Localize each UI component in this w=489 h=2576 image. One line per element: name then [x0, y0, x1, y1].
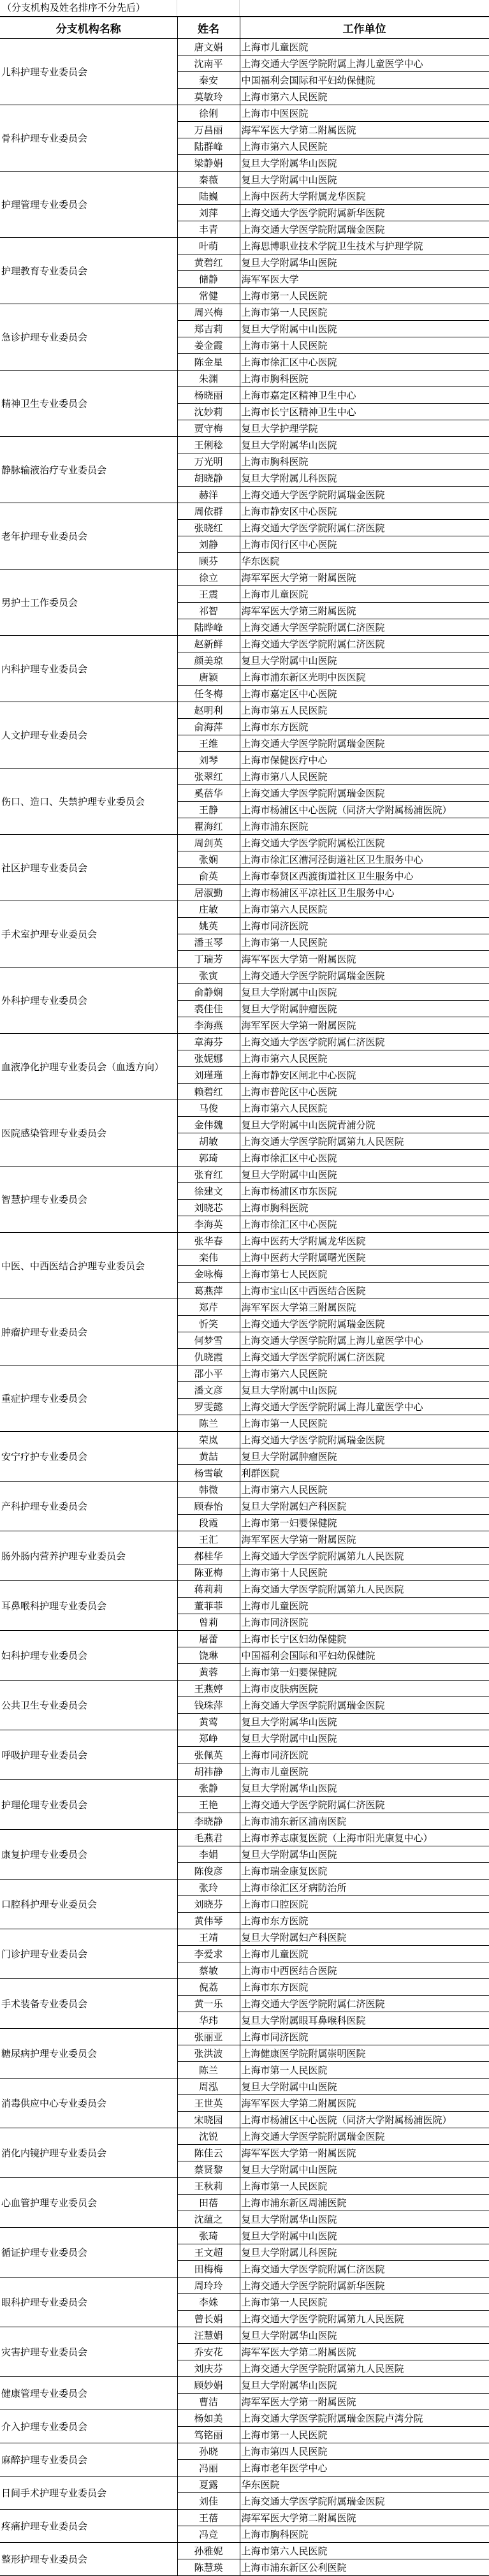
table-row: 急诊护理专业委员会周兴梅上海市第一人民医院 [0, 304, 489, 321]
work-unit: 复旦大学附属眼耳鼻喉科医院 [240, 2012, 489, 2029]
work-unit: 上海市同济医院 [240, 1614, 489, 1631]
member-name: 丁瑞芳 [177, 951, 240, 968]
member-name: 秦安 [177, 72, 240, 89]
member-name: 黄一乐 [177, 1996, 240, 2012]
table-row: 护理教育专业委员会叶萌上海思博职业技术学院卫生技术与护理学院 [0, 238, 489, 254]
work-unit: 复旦大学附属华山医院 [240, 2327, 489, 2344]
member-name: 周玲玲 [177, 2278, 240, 2294]
member-name: 乔安花 [177, 2344, 240, 2360]
work-unit: 上海市第一人民医院 [240, 304, 489, 321]
work-unit: 上海交通大学医学院附属仁济医院 [240, 2261, 489, 2278]
member-name: 刘瑾瑾 [177, 1067, 240, 1084]
table-row: 护理伦理专业委员会张静复旦大学附属华山医院 [0, 1780, 489, 1797]
member-name: 张洪波 [177, 2045, 240, 2062]
member-name: 梁静娟 [177, 155, 240, 172]
work-unit: 复旦大学附属中山医院 [240, 652, 489, 669]
work-unit: 上海市杨浦区中心医院（同济大学附属杨浦医院） [240, 802, 489, 818]
work-unit: 复旦大学附属华山医院 [240, 2211, 489, 2228]
work-unit: 上海交通大学医学院附属瑞金医院卢湾分院 [240, 2410, 489, 2427]
work-unit: 复旦大学护理学院 [240, 420, 489, 437]
committee-name: 手术室护理专业委员会 [0, 901, 177, 968]
member-name: 沈蕴之 [177, 2211, 240, 2228]
work-unit: 上海交通大学医学院附属仁济医院 [240, 1349, 489, 1365]
table-row: 医院感染管理专业委员会马俊上海市第六人民医院 [0, 1100, 489, 1117]
member-name: 华玮 [177, 2012, 240, 2029]
member-name: 郭琦 [177, 1150, 240, 1167]
work-unit: 中国福利会国际和平妇幼保健院 [240, 72, 489, 89]
member-name: 宋晓园 [177, 2112, 240, 2128]
member-name: 顾春怡 [177, 1498, 240, 1515]
work-unit: 上海市胸科医院 [240, 2526, 489, 2543]
member-name: 杨晓丽 [177, 387, 240, 404]
table-row: 整形护理专业委员会孙雅妮上海市第六人民医院 [0, 2543, 489, 2559]
member-name: 刘静 [177, 536, 240, 553]
table-row: 消毒供应中心专业委员会周泓复旦大学附属中山医院 [0, 2079, 489, 2095]
member-name: 周泓 [177, 2079, 240, 2095]
work-unit: 上海市儿童医院 [240, 1946, 489, 1962]
table-row: 日间手术护理专业委员会夏露华东医院 [0, 2477, 489, 2493]
member-name: 周剑英 [177, 835, 240, 851]
table-row: 手术室护理专业委员会庄敏上海市第六人民医院 [0, 901, 489, 918]
member-name: 张翠红 [177, 769, 240, 785]
member-name: 李娟 [177, 1846, 240, 1863]
committee-name: 人文护理专业委员会 [0, 702, 177, 769]
work-unit: 上海市长宁区妇幼保健院 [240, 1631, 489, 1647]
committee-name: 疼痛护理专业委员会 [0, 2510, 177, 2543]
work-unit: 上海市老年医学中心 [240, 2460, 489, 2477]
work-unit: 海军军医大学第一附属医院 [240, 1017, 489, 1034]
work-unit: 上海市静安区闸北中心医院 [240, 1067, 489, 1084]
table-row: 口腔科护理专业委员会张玲上海市徐汇区牙病防治所 [0, 1880, 489, 1896]
work-unit: 上海市杨浦区市东医院 [240, 1183, 489, 1200]
committee-name: 肿瘤护理专业委员会 [0, 1299, 177, 1365]
work-unit: 中国福利会国际和平妇幼保健院 [240, 1647, 489, 1664]
member-name: 陆群峰 [177, 138, 240, 155]
work-unit: 上海交通大学医学院附属瑞金医院 [240, 735, 489, 752]
work-unit: 上海市宝山区中西医结合医院 [240, 1283, 489, 1299]
committee-name: 循证护理专业委员会 [0, 2228, 177, 2278]
member-name: 韩微 [177, 1482, 240, 1498]
committee-name: 耳鼻喉科护理专业委员会 [0, 1581, 177, 1631]
header-row: 分支机构名称 姓名 工作单位 [0, 17, 489, 39]
work-unit: 上海市东方医院 [240, 1979, 489, 1996]
work-unit: 复旦大学附属中山医院青浦分院 [240, 1117, 489, 1133]
committee-name: 产科护理专业委员会 [0, 1482, 177, 1531]
work-unit: 上海中医药大学附属龙华医院 [240, 188, 489, 205]
work-unit: 上海市长宁区精神卫生中心 [240, 404, 489, 420]
work-unit: 上海市浦东新区光明中医医院 [240, 669, 489, 686]
committee-name: 妇科护理专业委员会 [0, 1631, 177, 1681]
committee-name: 灾害护理专业委员会 [0, 2327, 177, 2377]
member-name: 常健 [177, 288, 240, 304]
work-unit: 上海市东方医院 [240, 1913, 489, 1929]
work-unit: 上海市第十人民医院 [240, 337, 489, 354]
work-unit: 上海市东方医院 [240, 719, 489, 735]
work-unit: 上海市第一人民医院 [240, 934, 489, 951]
work-unit: 上海交通大学医学院附属瑞金医院 [240, 1697, 489, 1714]
member-name: 王汇 [177, 1531, 240, 1548]
member-name: 郝桂华 [177, 1548, 240, 1564]
member-name: 蔡贤黎 [177, 2161, 240, 2178]
work-unit: 上海市第六人民医院 [240, 1365, 489, 1382]
member-name: 居淑勤 [177, 885, 240, 901]
member-name: 王蓓 [177, 2510, 240, 2526]
member-name: 黄伟琴 [177, 1913, 240, 1929]
member-name: 何梦雪 [177, 1332, 240, 1349]
member-name: 俞海萍 [177, 719, 240, 735]
work-unit: 上海交通大学医学院附属瑞金医院 [240, 1432, 489, 1448]
table-row: 呼吸护理专业委员会郑峥复旦大学附属中山医院 [0, 1730, 489, 1747]
member-name: 徐俐 [177, 105, 240, 122]
member-name: 忻笑 [177, 1316, 240, 1332]
committee-name: 糖尿病护理专业委员会 [0, 2029, 177, 2079]
member-name: 屠蕾 [177, 1631, 240, 1647]
member-name: 胡敏 [177, 1133, 240, 1150]
work-unit: 上海市第一妇婴保健院 [240, 1515, 489, 1531]
member-name: 张玲 [177, 1880, 240, 1896]
member-name: 金伟魏 [177, 1117, 240, 1133]
header-org: 分支机构名称 [0, 17, 177, 39]
member-name: 刘琴 [177, 752, 240, 769]
committee-name: 中医、中西医结合护理专业委员会 [0, 1233, 177, 1299]
work-unit: 复旦大学附属妇产科医院 [240, 1929, 489, 1946]
work-unit: 上海市第一人民医院 [240, 2178, 489, 2195]
work-unit: 上海市浦东新区周浦医院 [240, 2195, 489, 2211]
work-unit: 上海市儿童医院 [240, 39, 489, 55]
work-unit: 上海交通大学医学院附属第九人民医院 [240, 2311, 489, 2327]
work-unit: 上海市嘉定区精神卫生中心 [240, 387, 489, 404]
table-row: 男护士工作委员会徐立海军军医大学第一附属医院 [0, 570, 489, 586]
table-row: 消化内镜护理专业委员会沈锐上海交通大学医学院附属瑞金医院 [0, 2128, 489, 2145]
work-unit: 上海市第六人民医院 [240, 89, 489, 105]
member-name: 饶琳 [177, 1647, 240, 1664]
work-unit: 上海交通大学医学院附属第九人民医院 [240, 1581, 489, 1598]
spreadsheet: （分支机构及姓名排序不分先后） 分支机构名称 姓名 工作单位 儿科护理专业委员会… [0, 0, 489, 2576]
member-name: 邵小平 [177, 1365, 240, 1382]
committee-name: 静脉输液治疗专业委员会 [0, 437, 177, 503]
work-unit: 上海市徐汇区中心医院 [240, 354, 489, 371]
empty-cell [240, 0, 489, 16]
member-name: 郑吉莉 [177, 321, 240, 337]
member-name: 莫敏玲 [177, 89, 240, 105]
member-name: 叶萌 [177, 238, 240, 254]
work-unit: 海军军医大学第二附属医院 [240, 122, 489, 138]
work-unit: 上海市保健医疗中心 [240, 752, 489, 769]
work-unit: 上海市胸科医院 [240, 371, 489, 387]
member-name: 曾莉 [177, 1614, 240, 1631]
member-name: 王艳 [177, 1797, 240, 1813]
table-row: 骨科护理专业委员会徐俐上海市中医医院 [0, 105, 489, 122]
table-row: 门诊护理专业委员会王靖复旦大学附属妇产科医院 [0, 1929, 489, 1946]
work-unit: 上海市第六人民医院 [240, 1100, 489, 1117]
committee-name: 安宁疗护专业委员会 [0, 1432, 177, 1482]
work-unit: 上海市普陀区中心医院 [240, 1084, 489, 1100]
work-unit: 上海市第四人民医院 [240, 2443, 489, 2460]
work-unit: 复旦大学附属中山医院 [240, 1730, 489, 1747]
member-name: 栾伟 [177, 1249, 240, 1266]
work-unit: 上海市同济医院 [240, 1747, 489, 1763]
work-unit: 海军军医大学 [240, 271, 489, 288]
member-name: 张妮娜 [177, 1050, 240, 1067]
committee-name: 护理伦理专业委员会 [0, 1780, 177, 1830]
member-name: 葛燕萍 [177, 1283, 240, 1299]
member-name: 汪慧娟 [177, 2327, 240, 2344]
committee-name: 护理管理专业委员会 [0, 172, 177, 238]
member-name: 刘庆芬 [177, 2360, 240, 2377]
member-name: 田梅梅 [177, 2261, 240, 2278]
member-name: 储静 [177, 271, 240, 288]
work-unit: 华东医院 [240, 553, 489, 570]
work-unit: 上海市徐汇区中心医院 [240, 1150, 489, 1167]
table-row: 麻醉护理专业委员会孙晓上海市第四人民医院 [0, 2443, 489, 2460]
work-unit: 上海市中医医院 [240, 105, 489, 122]
member-name: 张静 [177, 1780, 240, 1797]
work-unit: 上海交通大学医学院附属仁济医院 [240, 520, 489, 536]
member-name: 唐颖 [177, 669, 240, 686]
member-name: 王秋莉 [177, 2178, 240, 2195]
member-name: 郑峥 [177, 1730, 240, 1747]
table-row: 公共卫生专业委员会王燕婷上海市皮肤病医院 [0, 1681, 489, 1697]
member-name: 赫洋 [177, 487, 240, 503]
member-name: 郑芹 [177, 1299, 240, 1316]
member-name: 曾长娟 [177, 2311, 240, 2327]
member-name: 夏露 [177, 2477, 240, 2493]
work-unit: 海军军医大学第一附属医院 [240, 570, 489, 586]
member-name: 仇晓霞 [177, 1349, 240, 1365]
committee-table: 分支机构名称 姓名 工作单位 儿科护理专业委员会唐文娟上海市儿童医院沈南平上海交… [0, 17, 489, 2576]
committee-name: 社区护理专业委员会 [0, 835, 177, 901]
work-unit: 上海市第一妇婴保健院 [240, 1664, 489, 1681]
work-unit: 上海市第一人民医院 [240, 2294, 489, 2311]
table-row: 手术装备专业委员会倪荔上海市东方医院 [0, 1979, 489, 1996]
work-unit: 上海市第一人民医院 [240, 288, 489, 304]
work-unit: 复旦大学附属妇产科医院 [240, 1498, 489, 1515]
work-unit: 上海市杨浦区平凉社区卫生服务中心 [240, 885, 489, 901]
committee-name: 康复护理专业委员会 [0, 1830, 177, 1880]
note-row: （分支机构及姓名排序不分先后） [0, 0, 489, 17]
table-row: 耳鼻喉科护理专业委员会蒋莉莉上海交通大学医学院附属第九人民医院 [0, 1581, 489, 1598]
member-name: 沈南平 [177, 55, 240, 72]
table-row: 循证护理专业委员会张琦复旦大学附属中山医院 [0, 2228, 489, 2244]
member-name: 张佩英 [177, 1747, 240, 1763]
member-name: 罗雯懿 [177, 1399, 240, 1415]
work-unit: 上海市第六人民医院 [240, 901, 489, 918]
member-name: 张琦 [177, 2228, 240, 2244]
member-name: 祁智 [177, 603, 240, 619]
work-unit: 上海交通大学医学院附属瑞金医院 [240, 785, 489, 802]
work-unit: 上海交通大学医学院附属上海儿童医学中心 [240, 1332, 489, 1349]
member-name: 张晓红 [177, 520, 240, 536]
committee-name: 医院感染管理专业委员会 [0, 1100, 177, 1167]
member-name: 陆晔峰 [177, 619, 240, 636]
member-name: 荣岚 [177, 1432, 240, 1448]
work-unit: 复旦大学附属华山医院 [240, 1780, 489, 1797]
member-name: 杨雪敏 [177, 1465, 240, 1482]
work-unit: 上海市徐汇区漕河泾街道社区卫生服务中心 [240, 851, 489, 868]
work-unit: 华东医院 [240, 2477, 489, 2493]
member-name: 赵明利 [177, 702, 240, 719]
member-name: 沈妙莉 [177, 404, 240, 420]
table-row: 灾害护理专业委员会汪慧娟复旦大学附属华山医院 [0, 2327, 489, 2344]
work-unit: 海军军医大学第一附属医院 [240, 2145, 489, 2161]
work-unit: 上海市静安区中心医院 [240, 503, 489, 520]
member-name: 孙晓 [177, 2443, 240, 2460]
member-name: 唐文娟 [177, 39, 240, 55]
work-unit: 上海交通大学医学院附属瑞金医院 [240, 221, 489, 238]
work-unit: 上海交通大学医学院附属松江医院 [240, 835, 489, 851]
committee-name: 消毒供应中心专业委员会 [0, 2079, 177, 2128]
member-name: 徐立 [177, 570, 240, 586]
work-unit: 海军军医大学第三附属医院 [240, 603, 489, 619]
member-name: 任冬梅 [177, 686, 240, 702]
member-name: 颜美琼 [177, 652, 240, 669]
work-unit: 上海交通大学医学院附属上海儿童医学中心 [240, 55, 489, 72]
work-unit: 上海市第十人民医院 [240, 1564, 489, 1581]
member-name: 万光明 [177, 453, 240, 470]
member-name: 段霞 [177, 1515, 240, 1531]
member-name: 章海芬 [177, 1034, 240, 1050]
work-unit: 上海中医药大学附属龙华医院 [240, 1233, 489, 1249]
member-name: 顾妙娟 [177, 2377, 240, 2394]
work-unit: 上海市儿童医院 [240, 586, 489, 603]
committee-name: 日间手术护理专业委员会 [0, 2477, 177, 2510]
member-name: 丰青 [177, 221, 240, 238]
member-name: 俞英 [177, 868, 240, 885]
table-row: 静脉输液治疗专业委员会王俐稔复旦大学附属华山医院 [0, 437, 489, 453]
committee-name: 儿科护理专业委员会 [0, 39, 177, 105]
table-row: 中医、中西医结合护理专业委员会张华春上海中医药大学附属龙华医院 [0, 1233, 489, 1249]
work-unit: 上海市口腔医院 [240, 1896, 489, 1913]
table-row: 心血管护理专业委员会王秋莉上海市第一人民医院 [0, 2178, 489, 2195]
member-name: 姚英 [177, 918, 240, 934]
member-name: 蒋莉莉 [177, 1581, 240, 1598]
work-unit: 上海交通大学医学院附属仁济医院 [240, 636, 489, 652]
work-unit: 上海市胸科医院 [240, 1200, 489, 1216]
member-name: 潘文彦 [177, 1382, 240, 1399]
work-unit: 上海交通大学医学院附属第九人民医院 [240, 2360, 489, 2377]
member-name: 顾芬 [177, 553, 240, 570]
table-row: 儿科护理专业委员会唐文娟上海市儿童医院 [0, 39, 489, 55]
work-unit: 上海交通大学医学院附属瑞金医院 [240, 487, 489, 503]
work-unit: 复旦大学附属儿科医院 [240, 2244, 489, 2261]
member-name: 张华春 [177, 1233, 240, 1249]
work-unit: 上海健康医学院附属崇明医院 [240, 2045, 489, 2062]
ordering-note: （分支机构及姓名排序不分先后） [0, 0, 177, 16]
table-row: 重症护理专业委员会邵小平上海市第六人民医院 [0, 1365, 489, 1382]
work-unit: 上海市徐汇区牙病防治所 [240, 1880, 489, 1896]
work-unit: 上海市浦东新区浦南医院 [240, 1813, 489, 1830]
table-row: 眼科护理专业委员会周玲玲上海交通大学医学院附属新华医院 [0, 2278, 489, 2294]
work-unit: 复旦大学附属肿瘤医院 [240, 1448, 489, 1465]
committee-name: 肠外肠内营养护理专业委员会 [0, 1531, 177, 1581]
member-name: 王文超 [177, 2244, 240, 2261]
member-name: 王燕婷 [177, 1681, 240, 1697]
member-name: 刘晓芯 [177, 1200, 240, 1216]
committee-name: 消化内镜护理专业委员会 [0, 2128, 177, 2178]
member-name: 陈佳云 [177, 2145, 240, 2161]
work-unit: 上海市第一人民医院 [240, 1415, 489, 1432]
member-name: 孙雅妮 [177, 2543, 240, 2559]
work-unit: 上海市儿童医院 [240, 1598, 489, 1614]
committee-name: 手术装备专业委员会 [0, 1979, 177, 2029]
member-name: 黄蓉 [177, 1664, 240, 1681]
member-name: 蔡敏 [177, 1962, 240, 1979]
work-unit: 上海交通大学医学院附属第九人民医院 [240, 1548, 489, 1564]
table-row: 糖尿病护理专业委员会张丽亚上海市同济医院 [0, 2029, 489, 2045]
member-name: 李海英 [177, 1216, 240, 1233]
table-row: 老年护理专业委员会周依群上海市静安区中心医院 [0, 503, 489, 520]
work-unit: 上海市第一人民医院 [240, 2062, 489, 2079]
member-name: 姜金霞 [177, 337, 240, 354]
table-row: 人文护理专业委员会赵明利上海市第五人民医院 [0, 702, 489, 719]
member-name: 瞿海红 [177, 818, 240, 835]
work-unit: 复旦大学附属华山医院 [240, 1846, 489, 1863]
committee-name: 麻醉护理专业委员会 [0, 2443, 177, 2477]
member-name: 刘晓芬 [177, 1896, 240, 1913]
member-name: 张育红 [177, 1167, 240, 1183]
work-unit: 复旦大学附属中山医院 [240, 1167, 489, 1183]
committee-name: 健康管理专业委员会 [0, 2377, 177, 2410]
work-unit: 复旦大学附属华山医院 [240, 155, 489, 172]
member-name: 刘萍 [177, 205, 240, 221]
member-name: 王维 [177, 735, 240, 752]
work-unit: 复旦大学附属中山医院 [240, 2161, 489, 2178]
member-name: 裘佳佳 [177, 1001, 240, 1017]
work-unit: 海军军医大学第二附属医院 [240, 2095, 489, 2112]
header-unit: 工作单位 [240, 17, 489, 39]
table-row: 安宁疗护专业委员会荣岚上海交通大学医学院附属瑞金医院 [0, 1432, 489, 1448]
table-row: 产科护理专业委员会韩微上海市第六人民医院 [0, 1482, 489, 1498]
member-name: 徐建文 [177, 1183, 240, 1200]
member-name: 陈兰 [177, 1415, 240, 1432]
work-unit: 上海交通大学医学院附属瑞金医院 [240, 2128, 489, 2145]
work-unit: 上海市第一人民医院 [240, 2427, 489, 2443]
work-unit: 上海交通大学医学院附属仁济医院 [240, 1996, 489, 2012]
member-name: 王俐稔 [177, 437, 240, 453]
work-unit: 上海市浦东新区公利医院 [240, 2559, 489, 2576]
work-unit: 上海市中西医结合医院 [240, 1962, 489, 1979]
work-unit: 上海交通大学医学院附属仁济医院 [240, 1034, 489, 1050]
table-row: 精神卫生专业委员会朱渊上海市胸科医院 [0, 371, 489, 387]
table-row: 肿瘤护理专业委员会郑芹海军军医大学第三附属医院 [0, 1299, 489, 1316]
work-unit: 复旦大学附属肿瘤医院 [240, 1001, 489, 1017]
empty-cell [177, 0, 240, 16]
member-name: 李海燕 [177, 1017, 240, 1034]
work-unit: 复旦大学附属中山医院 [240, 984, 489, 1001]
member-name: 庄敏 [177, 901, 240, 918]
member-name: 李姝 [177, 2294, 240, 2311]
member-name: 笃铭丽 [177, 2427, 240, 2443]
member-name: 万昌丽 [177, 122, 240, 138]
table-row: 护理管理专业委员会秦薇复旦大学附属中山医院 [0, 172, 489, 188]
work-unit: 上海市徐汇区中心医院 [240, 1216, 489, 1233]
work-unit: 复旦大学附属华山医院 [240, 254, 489, 271]
member-name: 潘玉琴 [177, 934, 240, 951]
member-name: 张娴 [177, 851, 240, 868]
work-unit: 上海市嘉定区中心医院 [240, 686, 489, 702]
work-unit: 海军军医大学第一附属医院 [240, 1531, 489, 1548]
work-unit: 上海市同济医院 [240, 918, 489, 934]
work-unit: 上海交通大学医学院附属新华医院 [240, 205, 489, 221]
member-name: 张丽亚 [177, 2029, 240, 2045]
committee-name: 外科护理专业委员会 [0, 968, 177, 1034]
work-unit: 上海市第六人民医院 [240, 138, 489, 155]
member-name: 杨如美 [177, 2410, 240, 2427]
member-name: 王静 [177, 802, 240, 818]
member-name: 秦薇 [177, 172, 240, 188]
committee-name: 骨科护理专业委员会 [0, 105, 177, 172]
member-name: 朱渊 [177, 371, 240, 387]
